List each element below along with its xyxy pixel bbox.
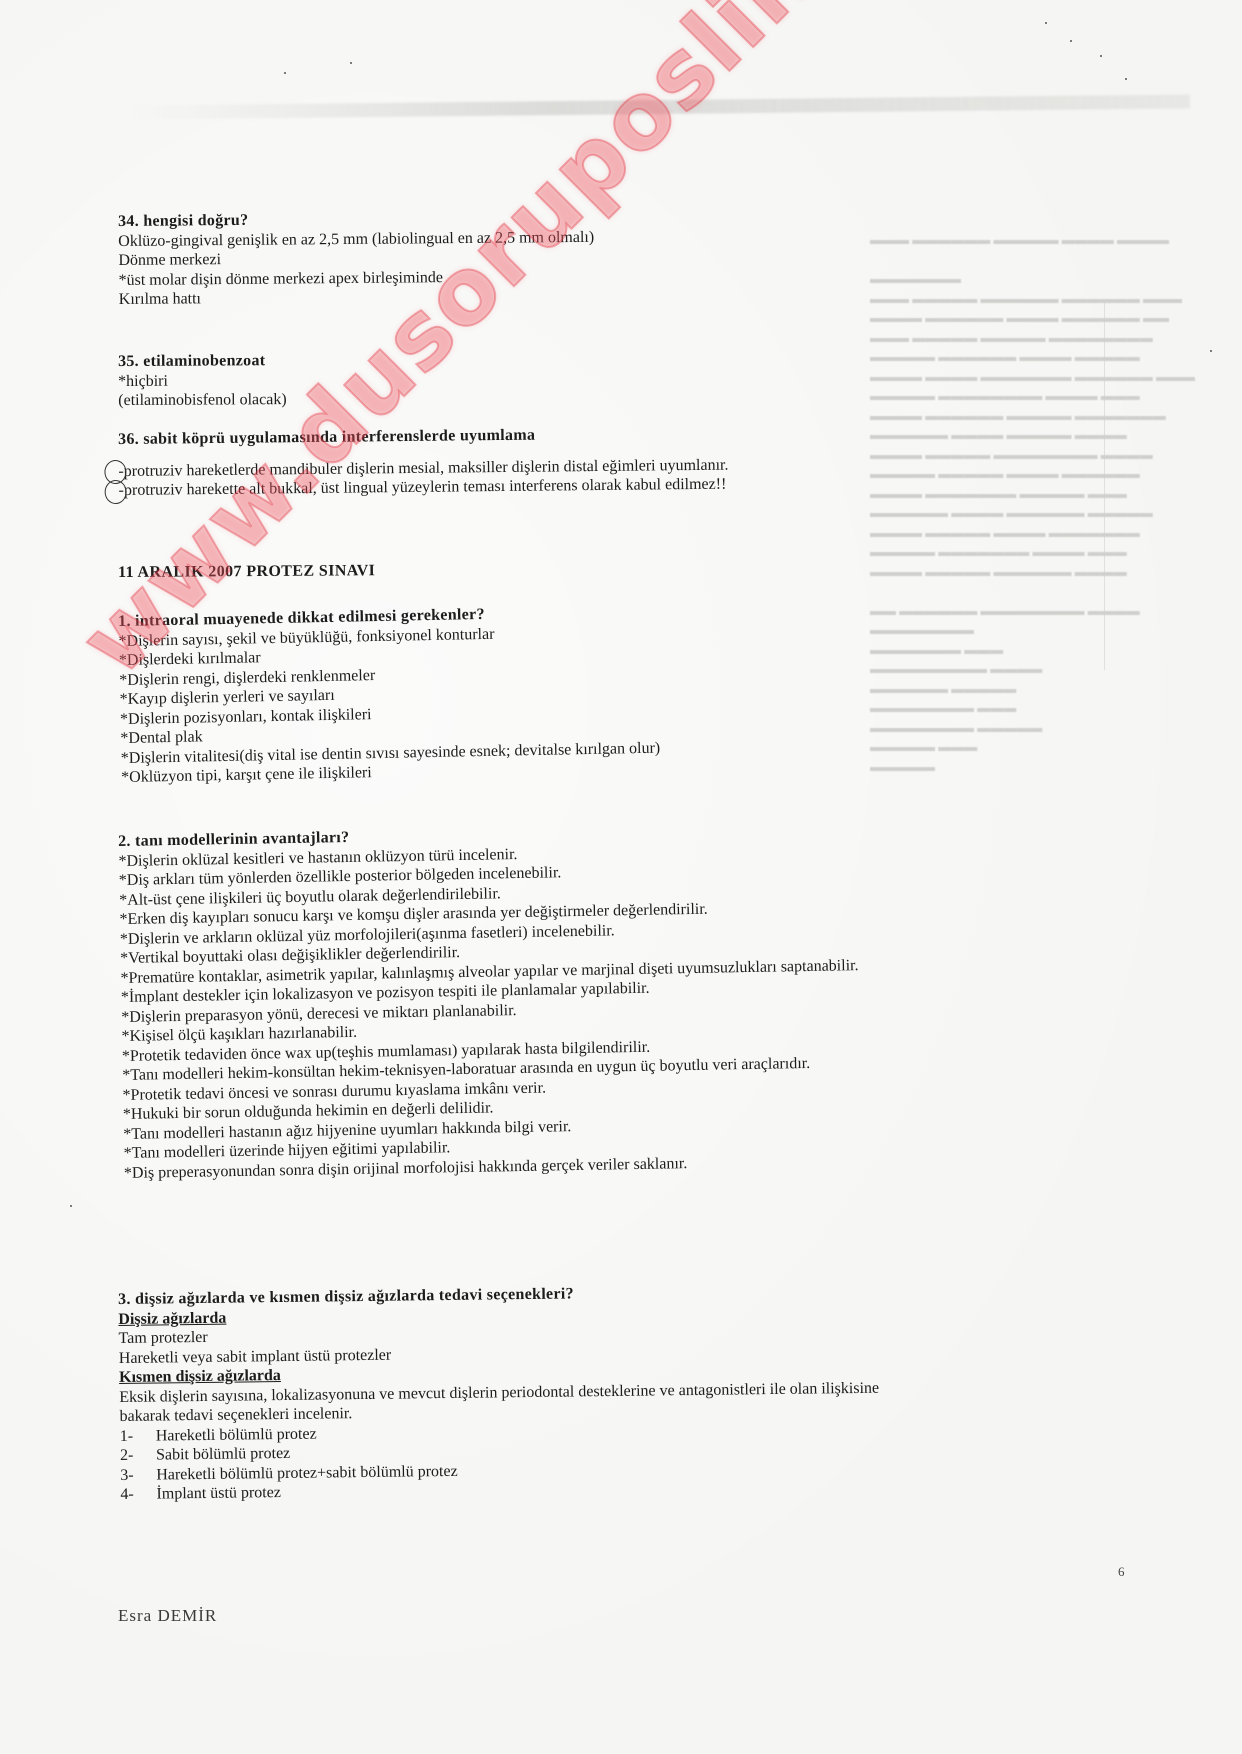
item-text: Hareketli bölümlü protez [156, 1424, 317, 1445]
scan-speck [350, 62, 352, 64]
item-text: Hareketli bölümlü protez+sabit bölümlü p… [156, 1461, 458, 1484]
exam-title: 11 ARALIK 2007 PROTEZ SINAVI [118, 561, 375, 582]
item-text: Sabit bölümlü protez [156, 1444, 290, 1465]
item-number: 2- [120, 1446, 156, 1466]
item-number: 4- [120, 1485, 156, 1505]
answer-line: *hiçbiri [118, 371, 286, 391]
item-text: İmplant üstü protez [156, 1483, 281, 1504]
scan-speck [284, 72, 286, 74]
scan-speck [1125, 78, 1127, 80]
handwritten-circle-icon [105, 480, 127, 504]
answer-line: Oklüzo-gingival genişlik en az 2,5 mm (l… [118, 227, 594, 251]
scan-speck [1100, 55, 1102, 57]
item-number: 1- [120, 1426, 156, 1446]
question-1: 1. intraoral muayenede dikkat edilmesi g… [118, 602, 661, 788]
page-number: 6 [1118, 1564, 1125, 1580]
question-3: 3. dişsiz ağızlarda ve kısmen dişsiz ağı… [118, 1281, 880, 1505]
scan-speck [1210, 350, 1212, 352]
question-title: 35. etilaminobenzoat [118, 351, 286, 371]
question-34: 34. hengisi doğru? Oklüzo-gingival geniş… [118, 208, 595, 310]
scan-speck [1045, 22, 1047, 24]
scan-speck [1070, 40, 1072, 42]
answer-line: Kırılma hattı [119, 286, 595, 310]
question-36: 36. sabit köprü uygulamasında interferen… [118, 424, 729, 501]
answer-line: (etilaminobisfenol olacak) [118, 390, 286, 410]
scanned-page: ▬▬▬ ▬▬▬▬▬▬ ▬▬▬▬▬ ▬▬▬▬ ▬▬▬▬ ▬▬▬▬▬▬▬ ▬▬▬ ▬… [0, 0, 1242, 1754]
question-2: 2. tanı modellerinin avantajları? *Dişle… [118, 819, 862, 1183]
item-number: 3- [120, 1465, 156, 1485]
question-35: 35. etilaminobenzoat *hiçbiri (etilamino… [118, 351, 287, 410]
scan-speck [70, 1205, 72, 1207]
bleed-through-header [130, 94, 1190, 119]
bleed-through-text: ▬▬▬ ▬▬▬▬▬▬ ▬▬▬▬▬ ▬▬▬▬ ▬▬▬▬ ▬▬▬▬▬▬▬ ▬▬▬ ▬… [870, 230, 1200, 776]
exam-title-text: 11 ARALIK 2007 PROTEZ SINAVI [118, 561, 375, 582]
author-signature: Esra DEMİR [118, 1606, 217, 1626]
answer-text: -protruziv harekette alt bukkal, üst lin… [119, 476, 727, 499]
